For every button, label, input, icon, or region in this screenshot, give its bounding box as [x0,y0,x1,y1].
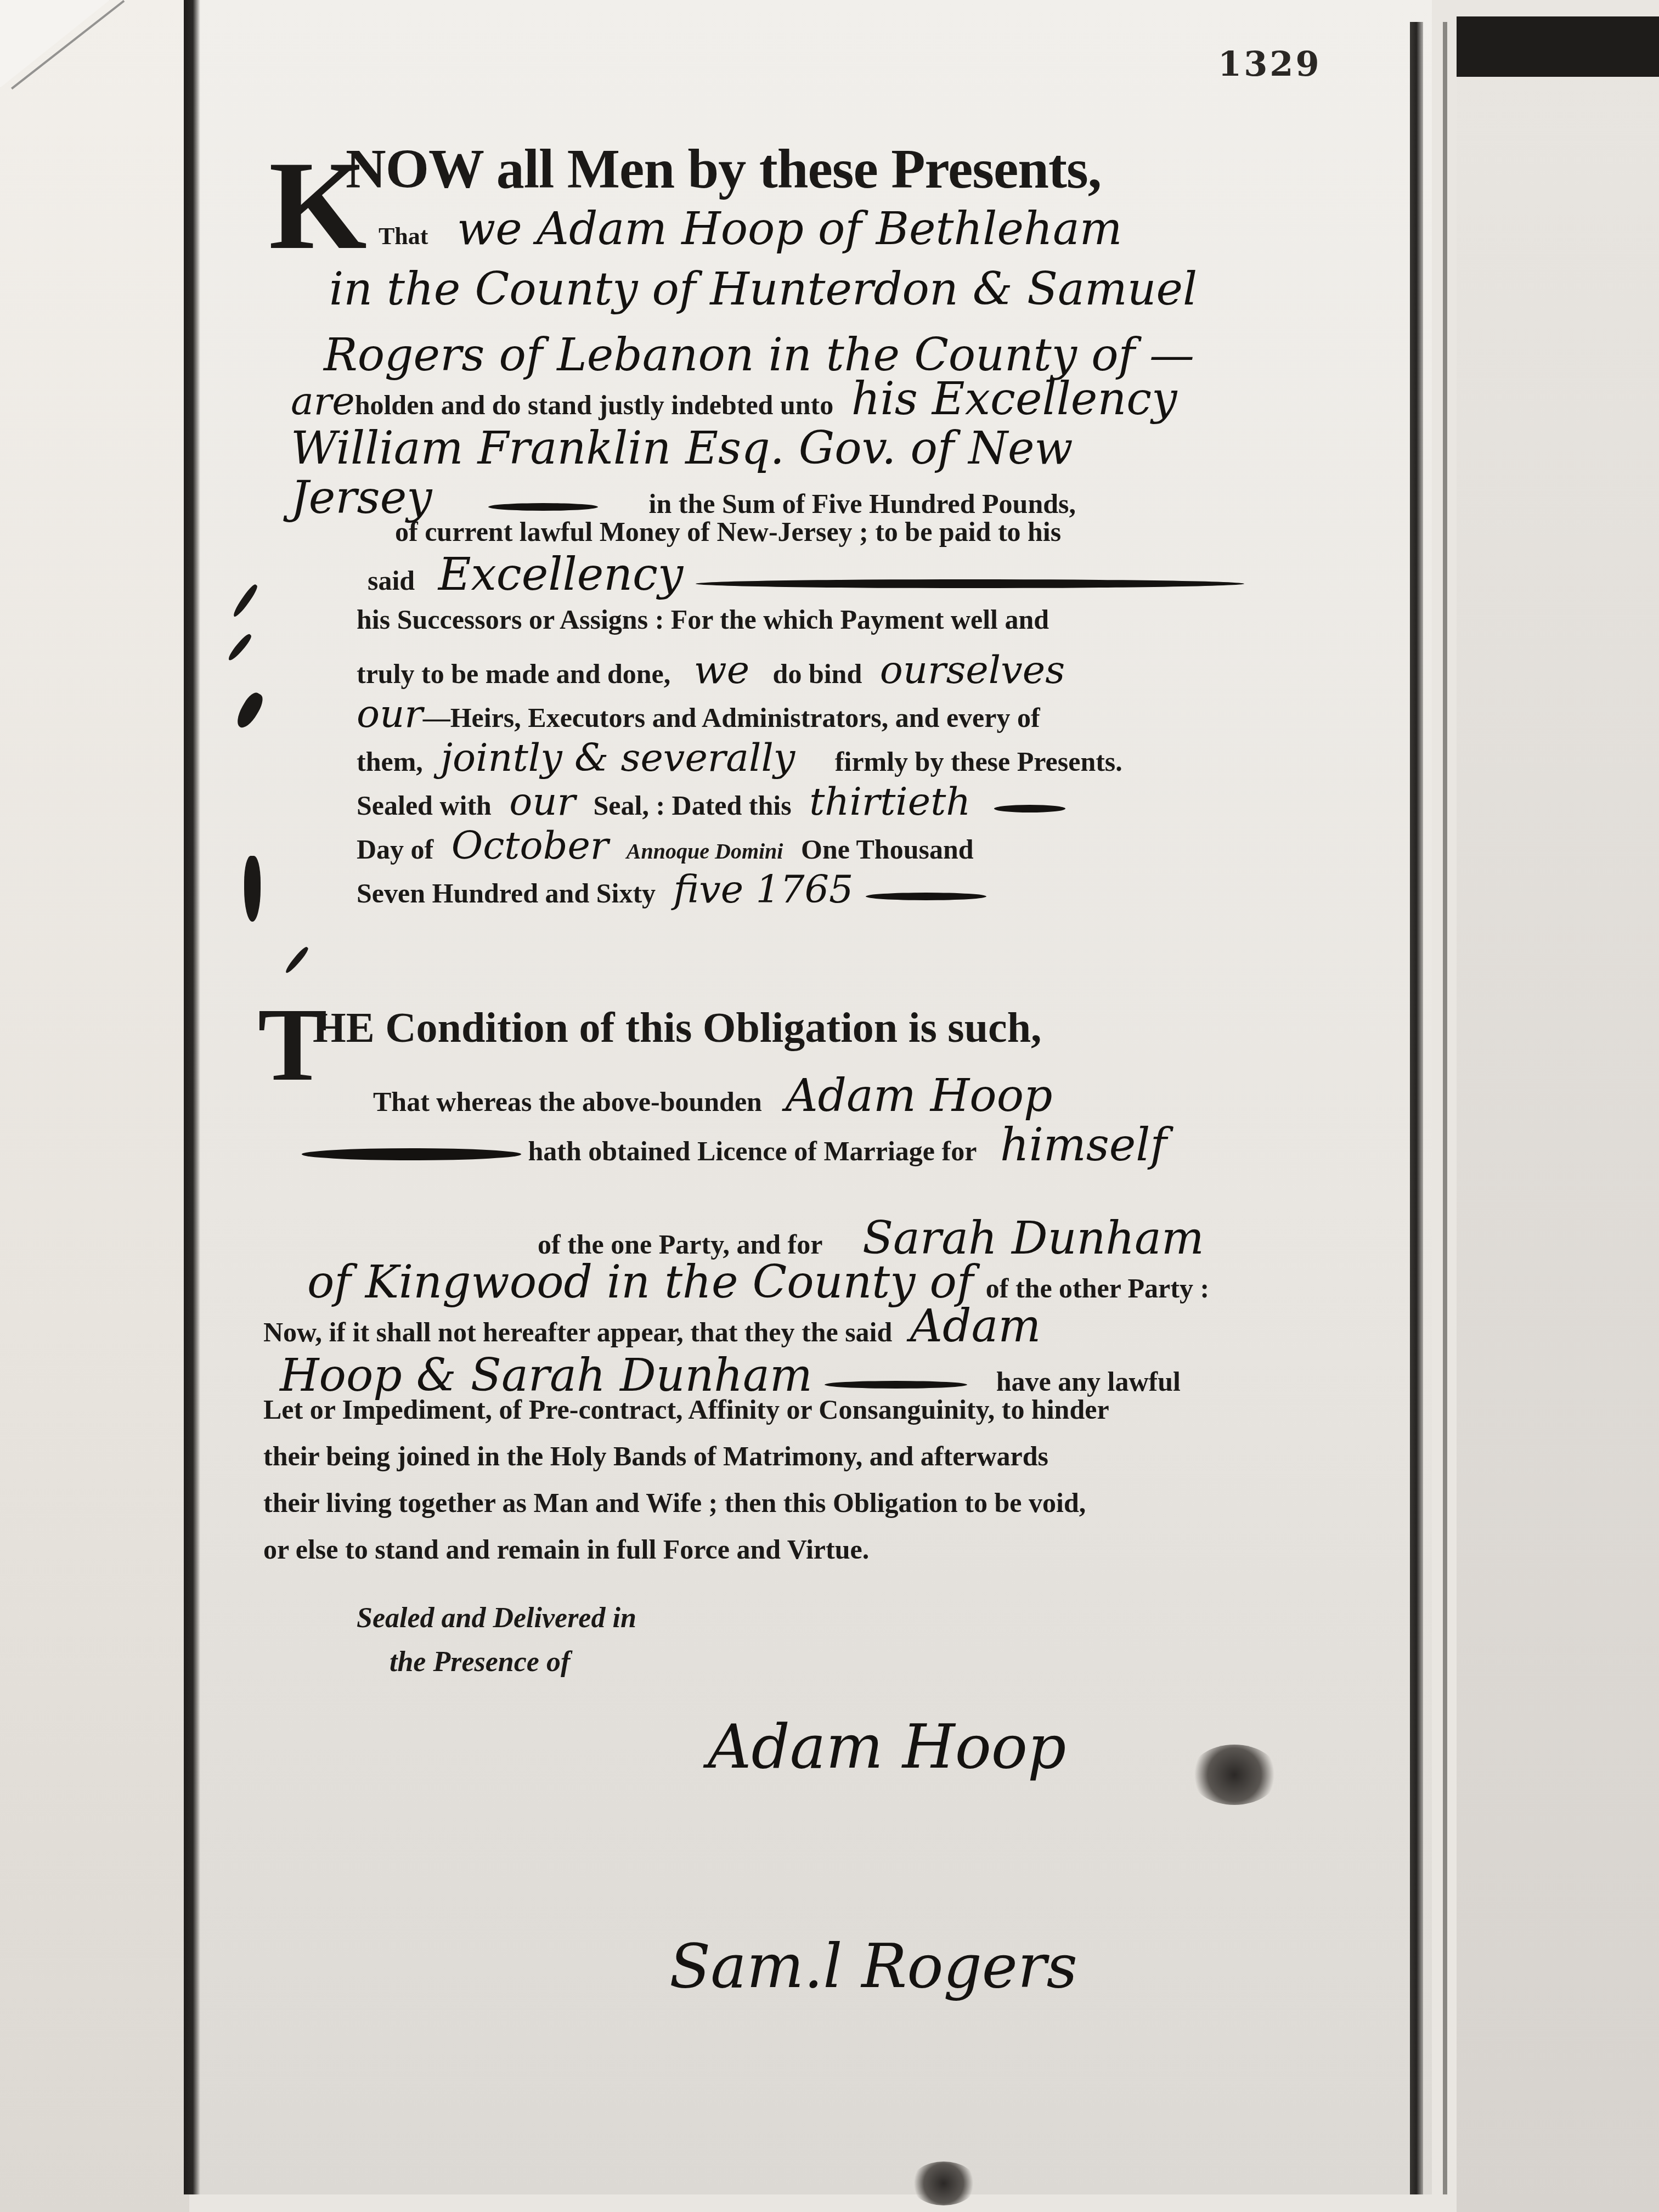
handwritten-we: we [694,647,749,692]
printed-do-bind: do bind [773,658,862,689]
printed-force: or else to stand and remain in full Forc… [263,1534,869,1565]
printed-one-party: of the one Party, and for [538,1229,822,1260]
condition-headline: HE Condition of this Obligation is such, [313,1003,1042,1052]
handwritten-year: five 1765 [674,867,854,912]
that-label: That [379,223,428,250]
photocopy-left-border [184,0,200,2194]
printed-now-if: Now, if it shall not hereafter appear, t… [263,1317,892,1347]
handwritten-obligee-1: his Excellency [851,373,1177,425]
printed-heirs: —Heirs, Executors and Administrators, an… [423,702,1040,733]
printed-sealed-with: Sealed with [357,790,492,821]
handwritten-dash [302,1148,521,1160]
handwritten-jointly: jointly & severally [441,735,795,780]
handwritten-our-seal: our [509,779,575,824]
printed-other-party: of the other Party : [986,1273,1209,1304]
printed-living: their living together as Man and Wife ; … [263,1487,1086,1518]
printed-whereas: That whereas the above-bounden [373,1086,762,1117]
printed-sum: in the Sum of Five Hundred Pounds, [649,488,1076,519]
margin-annotation-mark [244,856,261,922]
handwritten-long-dash [696,579,1244,588]
printed-them: them, [357,746,423,777]
printed-seven-hundred: Seven Hundred and Sixty [357,878,656,909]
handwritten-dash [488,503,598,511]
printed-firmly: firmly by these Presents. [835,746,1122,777]
page-number: 1329 [1218,44,1322,84]
printed-anno: Annoque Domini [627,839,783,864]
adjacent-page [1457,77,1659,2212]
witness-line-1: Sealed and Delivered in [357,1602,636,1634]
printed-indebted: holden and do stand justly indebted unto [355,390,834,420]
witness-line-2: the Presence of [390,1646,570,1678]
ink-smudge [911,2162,977,2205]
handwritten-himself: himself [1000,1119,1167,1171]
handwritten-obligors-2: in the County of Hunterdon & Samuel [329,263,1197,315]
printed-said: said [368,565,415,596]
printed-seal-dated: Seal, : Dated this [594,790,792,821]
handwritten-dash [994,805,1065,812]
ink-smudge [1190,1745,1278,1805]
printed-lawful: have any lawful [996,1366,1181,1397]
table-surface [0,0,189,2212]
handwritten-ourselves: ourselves [880,647,1065,692]
signature-samuel-rogers: Sam.l Rogers [669,1931,1077,2001]
printed-day-of: Day of [357,834,433,865]
handwritten-day: thirtieth [809,779,970,824]
printed-holy-bands: their being joined in the Holy Bands of … [263,1441,1048,1471]
bond-headline: NOW all Men by these Presents, [346,137,1101,201]
handwritten-our: our [357,691,423,736]
signature-adam-hoop: Adam Hoop [708,1712,1066,1782]
photocopy-right-border [1410,22,1423,2194]
photocopy-top-bar [1457,16,1659,77]
photocopy-edge-streak [1443,22,1447,2194]
printed-licence: hath obtained Licence of Marriage for [528,1136,977,1166]
handwritten-are: are [291,379,355,424]
printed-money: of current lawful Money of New-Jersey ; … [395,516,1061,547]
handwritten-said-fill: Excellency [438,549,684,601]
handwritten-month: October [452,823,609,868]
printed-one-thousand: One Thousand [801,834,974,865]
printed-successors: his Successors or Assigns : For the whic… [357,604,1049,635]
printed-truly: truly to be made and done, [357,658,670,689]
printed-impediment: Let or Impediment, of Pre-contract, Affi… [263,1394,1109,1425]
handwritten-dash [825,1381,967,1389]
handwritten-obligors-1: we Adam Hoop of Bethleham [457,203,1122,255]
handwritten-groom: Adam Hoop [785,1070,1052,1122]
handwritten-flourish [866,893,986,900]
handwritten-said-1: Adam [910,1300,1041,1352]
handwritten-obligee-2: William Franklin Esq. Gov. of New [291,422,1073,475]
